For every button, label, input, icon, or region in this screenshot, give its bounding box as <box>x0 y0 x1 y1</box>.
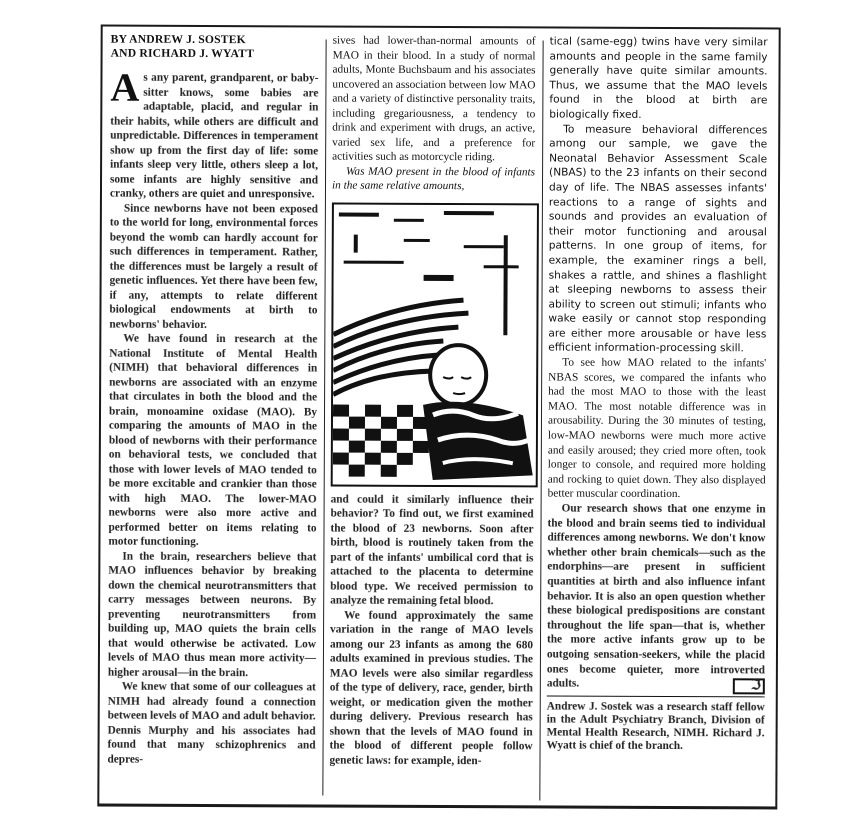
paragraph: To see how MAO related to the infants' N… <box>548 356 767 503</box>
author-bio: Andrew J. Sostek was a research staff fe… <box>547 700 765 753</box>
paragraph: Our research shows that one enzyme in th… <box>547 501 766 692</box>
paragraph: We have found in research at the Nationa… <box>108 332 317 550</box>
baby-illustration <box>331 202 539 487</box>
paragraph: We knew that some of our colleagues at N… <box>107 680 315 768</box>
paragraph: Since newborns have not been exposed to … <box>109 201 318 332</box>
article-page: BY ANDREW J. SOSTEK AND RICHARD J. WYATT… <box>97 25 780 810</box>
paragraph: and could it similarly influence their b… <box>330 492 534 609</box>
paragraph: To measure behavioral differences among … <box>548 122 767 356</box>
paragraph: We found approximately the same variatio… <box>329 608 533 768</box>
lead-paragraph: As any parent, grandparent, or baby-sitt… <box>110 71 319 202</box>
paragraph: sives had lower-than-normal amounts of M… <box>332 34 536 165</box>
column-divider <box>539 40 544 800</box>
paragraph: In the brain, researchers believe that M… <box>108 549 317 680</box>
column-3: tical (same-egg) twins have very similar… <box>547 34 768 753</box>
end-of-article-icon: ℑ <box>733 678 765 694</box>
column-2: sives had lower-than-normal amounts of M… <box>329 34 535 769</box>
drop-cap: A <box>110 73 139 103</box>
author-line-1: BY ANDREW J. SOSTEK <box>111 33 319 48</box>
column-divider <box>322 40 327 796</box>
byline: BY ANDREW J. SOSTEK AND RICHARD J. WYATT <box>111 33 319 62</box>
baby-illustration-image <box>333 204 537 485</box>
bio-divider <box>547 695 765 697</box>
paragraph: tical (same-egg) twins have very similar… <box>549 34 767 123</box>
paragraph: Was MAO present in the blood of infants … <box>332 164 535 194</box>
column-1: BY ANDREW J. SOSTEK AND RICHARD J. WYATT… <box>107 33 318 768</box>
author-line-2: AND RICHARD J. WYATT <box>111 47 319 62</box>
